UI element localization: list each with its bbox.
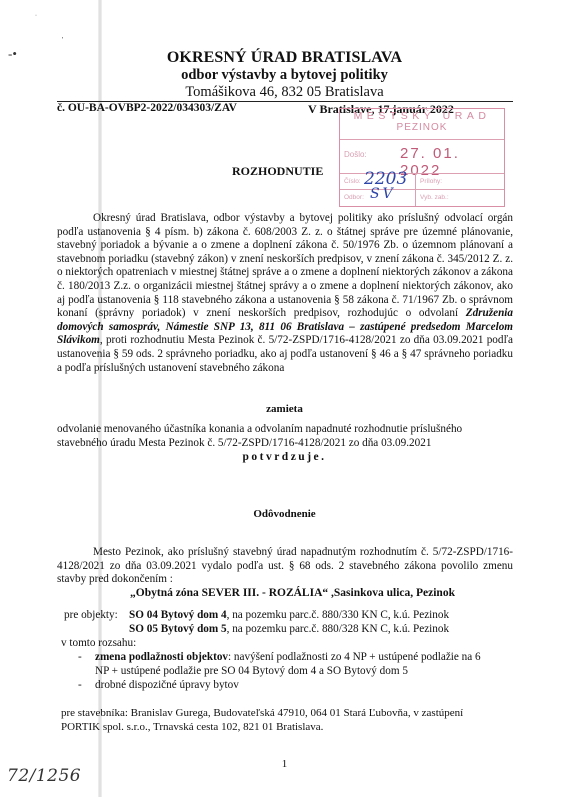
object-name: SO 04 Bytový dom 4	[129, 609, 227, 621]
page-number: 1	[0, 758, 569, 770]
bullet-dash: -	[78, 679, 82, 691]
scope-item: zmena podlažnosti objektov: navýšení pod…	[95, 651, 481, 663]
office-address: Tomášikova 46, 832 05 Bratislava	[0, 84, 569, 101]
builder-line: PORTIK spol. s.r.o., Trnavská cesta 102,…	[61, 721, 323, 733]
office-name: OKRESNÝ ÚRAD BRATISLAVA	[0, 49, 569, 67]
object-detail: , na pozemku parc.č. 880/330 KN C, k.ú. …	[227, 609, 449, 621]
stamp-number-label: Číslo:	[344, 178, 361, 185]
justification-paragraph: Mesto Pezinok, ako príslušný stavebný úr…	[57, 546, 513, 587]
scan-artifact-band	[98, 0, 102, 797]
scan-speck: ·	[35, 13, 37, 19]
object-item: SO 04 Bytový dom 4, na pozemku parc.č. 8…	[129, 609, 449, 621]
object-item: SO 05 Bytový dom 5, na pozemku parc.č. 8…	[129, 623, 449, 635]
handwritten-note: 72/1256	[7, 766, 81, 786]
verdict-body: odvolanie menovaného účastníka konania a…	[57, 423, 513, 450]
scan-speck: '	[62, 36, 63, 44]
stamp-office: MESTSKÝ ÚRAD	[340, 110, 504, 122]
reference-number: č. OU-BA-OVBP2-2022/034303/ZAV	[57, 102, 237, 114]
bullet-dash: -	[78, 651, 82, 663]
department-name: odbor výstavby a bytovej politiky	[0, 67, 569, 84]
intro-text: Okresný úrad Bratislava, odbor výstavby …	[57, 212, 513, 319]
document-title: ROZHODNUTIE	[232, 164, 323, 179]
stamp-received-label: Došlo:	[344, 150, 367, 159]
scope-item-bold: zmena podlažnosti objektov	[95, 651, 228, 663]
objects-label: pre objekty:	[64, 609, 118, 621]
scope-item: drobné dispozičné úpravy bytov	[95, 679, 239, 691]
scope-item-continuation: NP + ustúpené podlažie pre SO 04 Bytový …	[95, 665, 408, 677]
stamp-department-handwritten: SV	[370, 186, 396, 202]
verdict-confirms: potvrdzuje.	[0, 451, 569, 463]
stamp-divider	[340, 139, 504, 140]
stamp-attachments-label: Prílohy:	[420, 178, 442, 185]
justification-heading: Odôvodnenie	[0, 508, 569, 520]
stamp-handled-label: Vyb. zab.:	[420, 194, 449, 201]
object-name: SO 05 Bytový dom 5	[129, 623, 227, 635]
stamp-department-label: Odbor:	[344, 194, 364, 201]
verdict-rejects: zamieta	[0, 403, 569, 415]
builder-line: pre stavebníka: Branislav Gurega, Budova…	[61, 707, 463, 719]
received-stamp: MESTSKÝ ÚRAD PEZINOK Došlo: 27. 01. 2022…	[339, 108, 505, 207]
object-detail: , na pozemku parc.č. 880/328 KN C, k.ú. …	[227, 623, 449, 635]
project-name: „Obytná zóna SEVER III. - ROZÁLIA“ ,Sasi…	[8, 587, 569, 599]
scope-label: v tomto rozsahu:	[61, 637, 136, 649]
stamp-divider	[340, 189, 504, 190]
stamp-town: PEZINOK	[340, 122, 504, 133]
scope-item-text: : navýšení podlažnosti zo 4 NP + ustúpen…	[228, 651, 481, 663]
intro-paragraph: Okresný úrad Bratislava, odbor výstavby …	[57, 212, 513, 375]
intro-text-after: , proti rozhodnutiu Mesta Pezinok č. 5/7…	[57, 334, 513, 373]
